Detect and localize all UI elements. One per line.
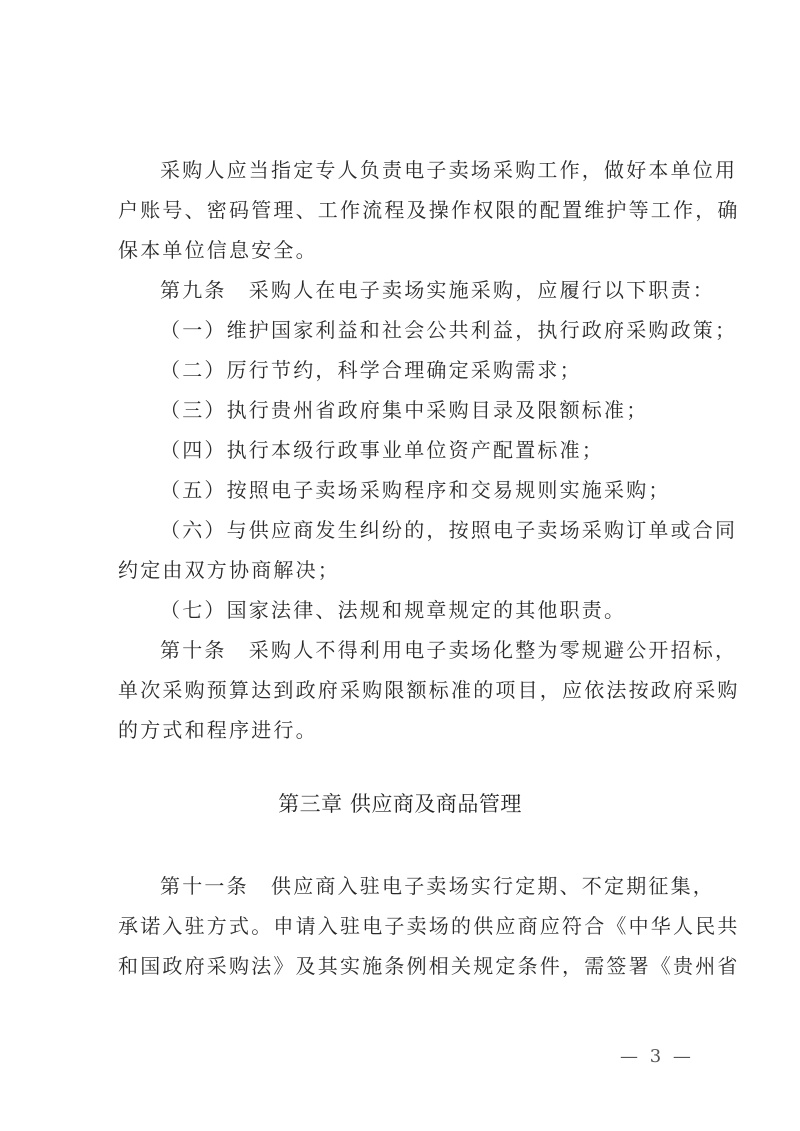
paragraph-line: 的方式和程序进行。: [118, 716, 718, 744]
article-9-line: 第九条 采购人在电子卖场实施采购，应履行以下职责：: [160, 276, 760, 304]
paragraph-line: 承诺入驻方式。申请入驻电子卖场的供应商应符合《中华人民共: [118, 912, 718, 940]
article-10-line: 第十条 采购人不得利用电子卖场化整为零规避公开招标，: [160, 636, 760, 664]
list-item: （二）厉行节约，科学合理确定采购需求；: [160, 356, 760, 384]
list-item: （七）国家法律、法规和规章规定的其他职责。: [160, 596, 760, 624]
list-item: （一）维护国家利益和社会公共利益，执行政府采购政策；: [160, 316, 760, 344]
chapter-heading: 第三章 供应商及商品管理: [0, 790, 800, 818]
article-11-line: 第十一条 供应商入驻电子卖场实行定期、不定期征集，: [160, 872, 760, 900]
page-number: — 3 —: [620, 1046, 694, 1067]
paragraph-line: 户账号、密码管理、工作流程及操作权限的配置维护等工作，确: [118, 196, 718, 224]
list-item: （六）与供应商发生纠纷的，按照电子卖场采购订单或合同: [160, 516, 760, 544]
list-item: （五）按照电子卖场采购程序和交易规则实施采购；: [160, 476, 760, 504]
paragraph-line: 保本单位信息安全。: [118, 236, 718, 264]
list-item-continuation: 约定由双方协商解决；: [118, 556, 718, 584]
list-item: （四）执行本级行政事业单位资产配置标准；: [160, 436, 760, 464]
paragraph-line: 采购人应当指定专人负责电子卖场采购工作，做好本单位用: [160, 156, 760, 184]
list-item: （三）执行贵州省政府集中采购目录及限额标准；: [160, 396, 760, 424]
paragraph-line: 和国政府采购法》及其实施条例相关规定条件，需签署《贵州省: [118, 952, 718, 980]
paragraph-line: 单次采购预算达到政府采购限额标准的项目，应依法按政府采购: [118, 676, 718, 704]
